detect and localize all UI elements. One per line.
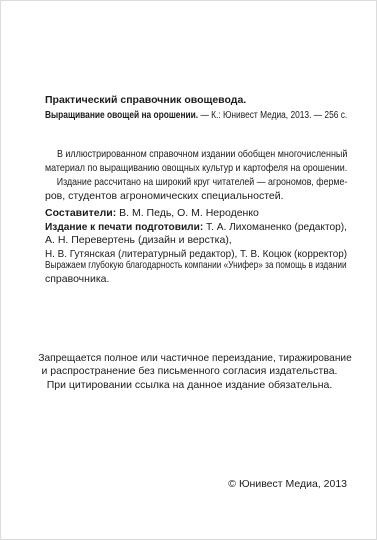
restriction-notice: Запрещается полное или частичное переизд…: [33, 352, 346, 392]
title-subtitle: Выращивание овощей на орошении.: [45, 109, 198, 121]
title-line-1: Практический справочник овощевода.: [45, 93, 347, 108]
credits-prepared-editor: Т. А. Лихоманенко (редактор),: [203, 221, 347, 233]
restriction-line1: Запрещается полное или частичное переизд…: [38, 352, 340, 365]
title-publication-info: — К.: Юнивест Медиа, 2013. — 256 с.: [198, 109, 347, 121]
title-line-2: Выращивание овощей на орошении. — К.: Юн…: [45, 108, 286, 123]
restriction-line2: и распространение без письменного соглас…: [33, 365, 346, 378]
abstract-para1-line1: В иллюстрированном справочном издании об…: [45, 147, 303, 161]
restriction-line3: При цитировании ссылка на данное издание…: [33, 379, 346, 392]
credits-prepared-line2: А. Н. Перевертень (дизайн и верстка),: [45, 234, 347, 248]
title-main: Практический справочник овощевода.: [45, 94, 246, 106]
credits-compilers-label: Составители:: [45, 207, 116, 219]
credits-compilers-names: В. М. Педь, О. М. Нероденко: [116, 207, 259, 219]
abstract-para2-line1: Издание рассчитано на широкий круг читат…: [45, 175, 299, 189]
imprint-page: Практический справочник овощевода. Выращ…: [0, 0, 377, 540]
credits-compilers: Составители: В. М. Педь, О. М. Нероденко: [45, 207, 347, 221]
acknowledgment-line1: Выражаем глубокую благодарность компании…: [45, 259, 283, 273]
abstract: В иллюстрированном справочном издании об…: [45, 147, 347, 203]
bibliographic-title: Практический справочник овощевода. Выращ…: [45, 93, 347, 123]
abstract-para1-line2: материал по выращиванию овощных культур …: [45, 161, 302, 175]
copyright-line: © Юнивест Медиа, 2013: [45, 478, 347, 491]
credits-prepared-label: Издание к печати подготовили:: [45, 221, 203, 233]
abstract-para2-line2: ров, студентов агрономических специально…: [45, 189, 347, 203]
credits: Составители: В. М. Педь, О. М. Нероденко…: [45, 207, 347, 261]
acknowledgment-line2: справочника.: [45, 273, 347, 287]
copyright: © Юнивест Медиа, 2013: [45, 478, 347, 491]
acknowledgment: Выражаем глубокую благодарность компании…: [45, 259, 347, 286]
credits-prepared-line1: Издание к печати подготовили: Т. А. Лихо…: [45, 221, 336, 235]
